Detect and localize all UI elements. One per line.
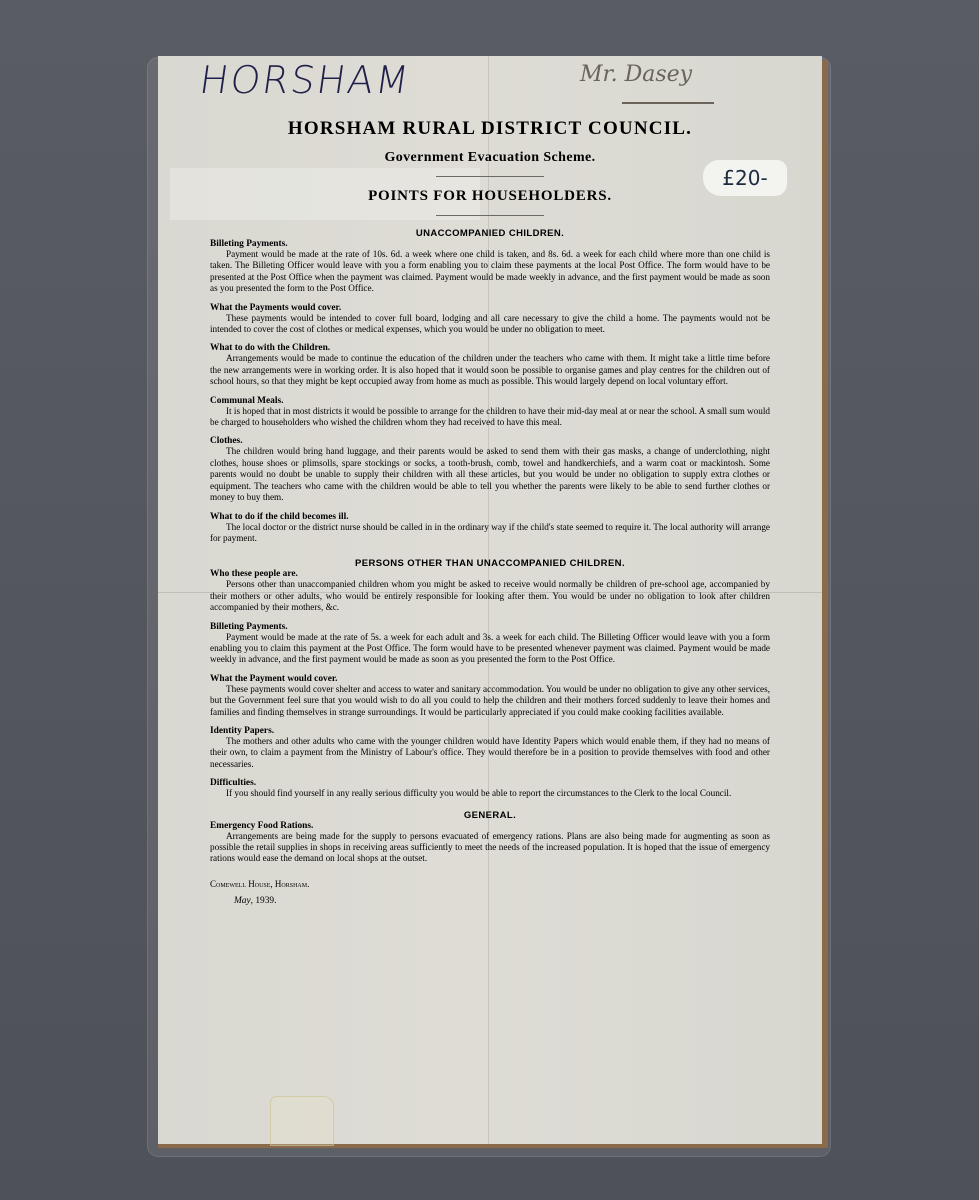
section-heading: GENERAL. [210, 810, 770, 821]
paragraph-body: Persons other than unaccompanied childre… [210, 579, 770, 613]
section-heading: PERSONS OTHER THAN UNACCOMPANIED CHILDRE… [210, 558, 770, 569]
paragraph-title: What to do if the child becomes ill. [210, 512, 770, 522]
sections-container: UNACCOMPANIED CHILDREN.Billeting Payment… [210, 228, 770, 865]
footer-date: May, 1939. [234, 896, 770, 906]
paragraph-body: The local doctor or the district nurse s… [210, 522, 770, 545]
paragraph-block: What to do with the Children.Arrangement… [210, 343, 770, 387]
paragraph-title: Difficulties. [210, 778, 770, 788]
paragraph-block: Who these people are.Persons other than … [210, 569, 770, 613]
divider [436, 215, 544, 216]
paragraph-body: Payment would be made at the rate of 10s… [210, 249, 770, 295]
paragraph-body: Arrangements would be made to continue t… [210, 353, 770, 387]
paragraph-title: What to do with the Children. [210, 343, 770, 353]
paragraph-title: Emergency Food Rations. [210, 821, 770, 831]
paragraph-body: These payments would be intended to cove… [210, 313, 770, 336]
paragraph-title: Clothes. [210, 436, 770, 446]
paragraph-block: What the Payment would cover.These payme… [210, 674, 770, 718]
footer-date-month: May [234, 896, 251, 906]
paragraph-block: Clothes.The children would bring hand lu… [210, 436, 770, 503]
paragraph-body: It is hoped that in most districts it wo… [210, 406, 770, 429]
paragraph-block: What the Payments would cover.These paym… [210, 303, 770, 336]
paragraph-title: What the Payment would cover. [210, 674, 770, 684]
paragraph-block: Emergency Food Rations.Arrangements are … [210, 821, 770, 865]
paragraph-block: Difficulties.If you should find yourself… [210, 778, 770, 799]
paragraph-block: Billeting Payments.Payment would be made… [210, 622, 770, 666]
paragraph-body: If you should find yourself in any reall… [210, 788, 770, 799]
paragraph-block: Identity Papers.The mothers and other ad… [210, 726, 770, 770]
paragraph-body: The mothers and other adults who came wi… [210, 736, 770, 770]
paragraph-body: Arrangements are being made for the supp… [210, 831, 770, 865]
paragraph-body: The children would bring hand luggage, a… [210, 446, 770, 503]
section-heading: UNACCOMPANIED CHILDREN. [210, 228, 770, 239]
paragraph-block: Billeting Payments.Payment would be made… [210, 239, 770, 295]
paragraph-title: What the Payments would cover. [210, 303, 770, 313]
paragraph-block: What to do if the child becomes ill.The … [210, 512, 770, 545]
paragraph-body: Payment would be made at the rate of 5s.… [210, 632, 770, 666]
paragraph-title: Communal Meals. [210, 396, 770, 406]
tape-repair-bottom [270, 1096, 334, 1146]
document-title: HORSHAM RURAL DISTRICT COUNCIL. [210, 118, 770, 140]
handwritten-name: Mr. Dasey [580, 62, 692, 87]
divider [436, 176, 544, 177]
handwritten-horsham: HORSHAM [197, 58, 414, 102]
paragraph-title: Billeting Payments. [210, 622, 770, 632]
paragraph-title: Who these people are. [210, 569, 770, 579]
paragraph-block: Communal Meals.It is hoped that in most … [210, 396, 770, 429]
footer-date-year: , 1939. [251, 896, 277, 906]
footer-address: Comewell House, Horsham. [210, 879, 770, 889]
paragraph-title: Identity Papers. [210, 726, 770, 736]
paragraph-body: These payments would cover shelter and a… [210, 684, 770, 718]
document-subtitle: Government Evacuation Scheme. [210, 150, 770, 166]
handwritten-underline [622, 102, 714, 104]
paragraph-title: Billeting Payments. [210, 239, 770, 249]
document-content: HORSHAM RURAL DISTRICT COUNCIL. Governme… [210, 118, 770, 906]
document-heading: POINTS FOR HOUSEHOLDERS. [210, 188, 770, 205]
